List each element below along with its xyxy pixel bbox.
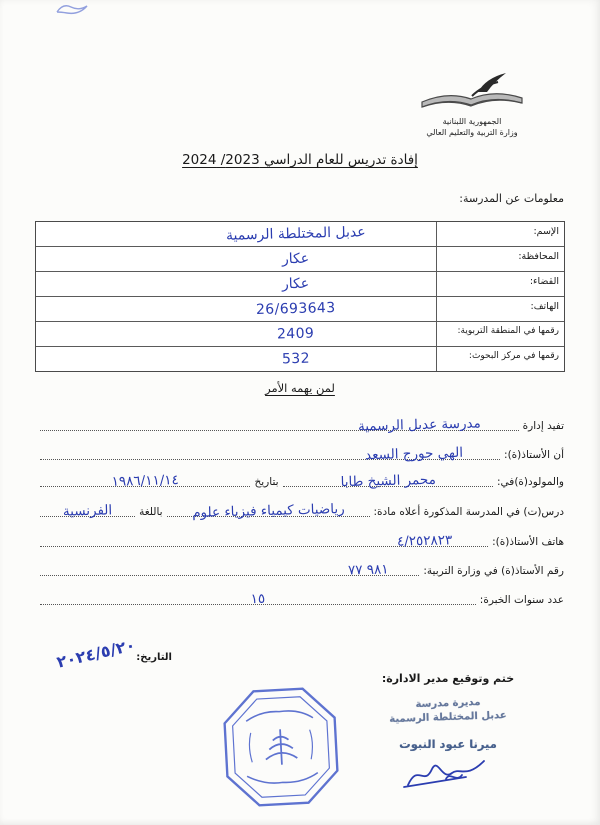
teacher-line: أن الأستاذ(ة): الهي جورج السعد bbox=[36, 441, 564, 463]
director-name: ميرنا عبود النبوت bbox=[368, 737, 528, 751]
table-row: الهاتف: 26/693643 bbox=[36, 296, 564, 321]
handwritten-ministry-number: ٩٨١ ٧٧ bbox=[348, 561, 389, 578]
taught-label: درس(ت) في المدرسة المذكورة أعلاه مادة: bbox=[374, 506, 564, 520]
document-title: إفادة تدريس للعام الدراسي 2023/ 2024 bbox=[0, 152, 600, 168]
row-label-governorate: المحافظة: bbox=[436, 247, 564, 271]
experience-label: عدد سنوات الخبرة: bbox=[480, 594, 564, 608]
scanned-teaching-certificate: الجمهورية اللبنانية وزارة التربية والتعل… bbox=[0, 0, 600, 825]
handwritten-language: الفرنسية bbox=[40, 502, 135, 520]
octagonal-school-stamp-icon bbox=[219, 683, 343, 811]
row-label-phone: الهاتف: bbox=[436, 297, 564, 321]
open-book-ministry-logo-icon bbox=[414, 70, 530, 116]
ministry-number-line: رقم الأستاذ(ة) في وزارة التربية: ٩٨١ ٧٧ bbox=[36, 557, 564, 579]
teacher-phone-label: هاتف الأستاذ(ة): bbox=[492, 536, 564, 550]
row-label-name: الإسم: bbox=[436, 222, 564, 246]
table-row: الإسم: عدبل المختلطة الرسمية bbox=[36, 222, 564, 246]
stamp-signature-heading: ختم وتوقيع مدير الادارة: bbox=[368, 672, 528, 685]
handwritten-birthdate: ١٩٨٦/١١/١٤ bbox=[40, 470, 251, 492]
handwritten-subjects: رياضيات كيمياء فيزياء علوم bbox=[166, 500, 369, 521]
handwritten-district: عكار bbox=[282, 276, 310, 293]
handwritten-signature-icon bbox=[400, 753, 496, 795]
handwritten-teacher-name: الهي جورج السعد bbox=[365, 445, 463, 464]
handwritten-date: ٢٠٢٤/٥/٢٠ bbox=[55, 635, 137, 672]
certify-label: تفيد إدارة bbox=[523, 420, 564, 434]
certify-line: تفيد إدارة مدرسة عدبل الرسمية bbox=[36, 412, 564, 434]
handwritten-governorate: عكار bbox=[282, 251, 310, 268]
signature-block: ختم وتوقيع مدير الادارة: مديرة مدرسة عدب… bbox=[368, 672, 528, 799]
experience-line: عدد سنوات الخبرة: ١٥ bbox=[36, 586, 564, 608]
to-whom-it-may-concern-heading: لمن يهمه الأمر bbox=[0, 381, 600, 395]
row-label-research-number: رقمها في مركز البحوث: bbox=[436, 347, 564, 371]
republic-name: الجمهورية اللبنانية bbox=[392, 116, 552, 127]
table-row: رقمها في مركز البحوث: 532 bbox=[36, 346, 564, 371]
row-label-zone-number: رقمها في المنطقة التربوية: bbox=[436, 322, 564, 346]
handwritten-research-number: 532 bbox=[282, 351, 310, 368]
table-row: المحافظة: عكار bbox=[36, 246, 564, 271]
ministry-logo-block: الجمهورية اللبنانية وزارة التربية والتعل… bbox=[392, 70, 552, 138]
handwritten-issuing-school: مدرسة عدبل الرسمية bbox=[357, 415, 480, 434]
handwritten-school-name: عدبل المختلطة الرسمية bbox=[226, 224, 366, 244]
ministry-name: وزارة التربية والتعليم العالي bbox=[392, 127, 552, 138]
date-block: التاريخ: ٢٠٢٤/٥/٢٠ bbox=[12, 652, 172, 663]
table-row: القضاء: عكار bbox=[36, 271, 564, 296]
handwritten-zone-number: 2409 bbox=[277, 326, 315, 343]
language-label: باللغة bbox=[139, 506, 163, 520]
birthdate-label: بتاريخ bbox=[254, 476, 278, 490]
school-info-heading: معلومات عن المدرسة: bbox=[459, 192, 564, 205]
handwritten-birthplace: محمر الشيخ طابا bbox=[282, 470, 493, 492]
born-label: والمولود(ة)في: bbox=[497, 476, 564, 490]
handwritten-teacher-phone: ٤/٢٥٢٨٢٣ bbox=[397, 532, 453, 549]
handwritten-experience-years: ١٥ bbox=[40, 585, 476, 612]
ministry-number-label: رقم الأستاذ(ة) في وزارة التربية: bbox=[423, 565, 564, 579]
school-info-table: الإسم: عدبل المختلطة الرسمية المحافظة: ع… bbox=[35, 221, 565, 372]
teacher-label: أن الأستاذ(ة): bbox=[504, 449, 564, 463]
date-label: التاريخ: bbox=[136, 652, 172, 663]
row-label-district: القضاء: bbox=[436, 272, 564, 296]
teacher-phone-line: هاتف الأستاذ(ة): ٤/٢٥٢٨٢٣ bbox=[36, 528, 564, 550]
subjects-line: درس(ت) في المدرسة المذكورة أعلاه مادة: ر… bbox=[36, 498, 564, 520]
table-row: رقمها في المنطقة التربوية: 2409 bbox=[36, 321, 564, 346]
handwritten-school-phone: 26/693643 bbox=[256, 300, 336, 318]
birth-line: والمولود(ة)في: محمر الشيخ طابا بتاريخ ١٩… bbox=[36, 468, 564, 490]
pen-scribble-mark bbox=[55, 2, 89, 18]
